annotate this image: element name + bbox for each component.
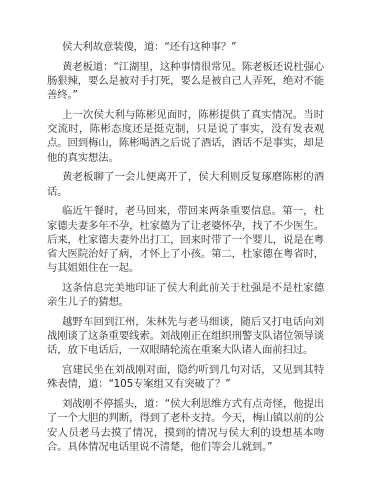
paragraph-5: 临近午餐时，老马回来，带回来两条重要信息。第一，杜家德夫妻多年不孕，杜家德为了让… <box>47 204 324 275</box>
paragraph-4: 黄老板聊了一会儿便离开了，侯大利则反复琢磨陈彬的酒话。 <box>47 170 324 198</box>
paragraph-7: 越野车回到江州，朱林先与老马细谈，随后又打电话向刘战刚谈了这条重要线索。刘战刚正… <box>47 315 324 358</box>
paragraph-8: 宫建民坐在刘战刚对面，隐约听到几句对话，又见到其特殊表情，道：“105专案组又有… <box>47 363 324 391</box>
paragraph-9: 刘战刚不停摇头，道：“侯大利思维方式有点奇怪，他提出了一个大胆的判断，得到了老朴… <box>47 397 324 454</box>
document-page: 侯大利故意装傻，道：“还有这种事？” 黄老板道：“江湖里，这种事情很常见。陈老板… <box>47 40 324 460</box>
paragraph-1: 侯大利故意装傻，道：“还有这种事？” <box>47 40 324 54</box>
paragraph-6: 这条信息完美地印证了侯大利此前关于杜强是不是杜家德亲生儿子的猜想。 <box>47 281 324 309</box>
paragraph-3: 上一次侯大利与陈彬见面时，陈彬提供了真实情况。当时交流时，陈彬态度还是挺克制，只… <box>47 108 324 165</box>
paragraph-2: 黄老板道：“江湖里，这种事情很常见。陈老板还说杜强心肠狠辣，要么是被对手打死，要… <box>47 60 324 103</box>
